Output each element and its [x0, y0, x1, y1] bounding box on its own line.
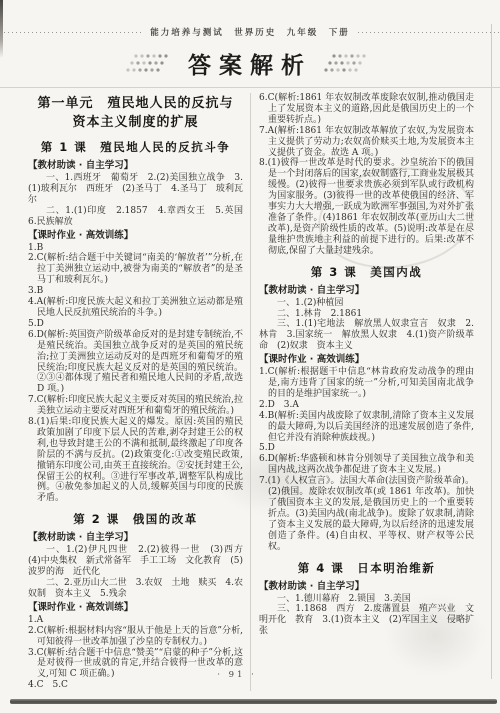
lesson-heading: 第 2 课 俄国的改革	[28, 511, 243, 527]
answer-paragraph: 7.C(解析:印度民族大起义主要反对英国的殖民统治,拉美独立运动主要反对西班牙和…	[28, 395, 243, 417]
section-heading: 【教材助读 · 自主学习】	[28, 531, 243, 544]
answer-line: 5.D	[28, 319, 243, 330]
book-title: 能力培养与测试 世界历史 九年级 下册	[142, 26, 358, 38]
answer-paragraph: 2.C(解析:根据材料内容“服从于他是上天的旨意”分析,可知彼得一世改革加强了沙…	[28, 626, 243, 648]
section-heading: 【课时作业 · 高效训练】	[259, 353, 474, 366]
answer-paragraph: 三、1.(1)宅地法 解放黑人奴隶宣言 奴隶 2.林肯 3.国家统一 解放黑人奴…	[259, 319, 474, 352]
scan-edge-shadow-bottom	[10, 699, 497, 704]
page-title: 答案解析	[178, 47, 322, 80]
answer-paragraph: 4.B(解析:美国内战废除了奴隶制,清除了资本主义发展的最大障碍,为以后美国经济…	[259, 411, 474, 444]
lesson-heading: 第 3 课 美国内战	[259, 264, 474, 280]
answer-paragraph: 一、1.德川幕府 2.锁国 3.美国	[259, 594, 474, 605]
answer-line: 4.C 5.C	[28, 680, 243, 691]
answer-paragraph: 2.C(解析:结合题干中关键词“南美的‘解放者’”分析,在拉丁美洲独立运动中,被…	[28, 253, 243, 286]
dot-ornament-icon	[124, 50, 178, 76]
answer-paragraph: 6.C(解析:1861 年农奴制改革废除农奴制,推动俄国走上了发展资本主义的道路…	[259, 93, 474, 126]
answer-paragraph: 6.D(解析:英国资产阶级革命反对的是封建专制统治,不是殖民统治。美国独立战争反…	[28, 330, 243, 395]
section-heading: 【课时作业 · 高效训练】	[28, 229, 243, 242]
answer-paragraph: 7.A(解析:1861 年农奴制改革解放了农奴,为发展资本主义提供了劳动力;农奴…	[259, 126, 474, 159]
title-divider	[0, 87, 500, 88]
lesson-heading: 第 4 课 日本明治维新	[259, 560, 474, 576]
unit-heading: 第一单元 殖民地人民的反抗与 资本主义制度的扩展	[28, 94, 243, 132]
answers-content: 第一单元 殖民地人民的反抗与 资本主义制度的扩展第 1 课 殖民地人民的反抗斗争…	[28, 93, 474, 691]
scan-edge-line-right	[491, 24, 492, 679]
left-column: 第一单元 殖民地人民的反抗与 资本主义制度的扩展第 1 课 殖民地人民的反抗斗争…	[28, 93, 250, 691]
answer-paragraph: 1.C(解析:根据题干中信息“林肯政府发动战争的理由是,南方违背了国家的统一”分…	[259, 367, 474, 400]
right-column: 6.C(解析:1861 年农奴制改革废除农奴制,推动俄国走上了发展资本主义的道路…	[250, 93, 474, 691]
answer-line: 1.A	[28, 615, 243, 626]
answer-paragraph: 三、1.1868 西方 2.废藩置县 殖产兴业 文明开化 教育 3.(1)资本主…	[259, 604, 474, 637]
answer-paragraph: 8.(1)后果:印度民族大起义的爆发。原因:英国的殖民政策加剧了印度下层人民的苦…	[28, 417, 243, 504]
answer-paragraph: 一、1.西班牙 葡萄牙 2.(2)美国独立战争 3.(1)玻利瓦尔 西班牙 (2…	[28, 173, 243, 206]
section-heading: 【教材助读 · 自主学习】	[259, 284, 474, 297]
running-head: 能力培养与测试 世界历史 九年级 下册	[0, 26, 500, 38]
answer-line: 3.B	[28, 286, 243, 297]
title-row: 答案解析	[0, 46, 500, 80]
answer-paragraph: 6.D(解析:华盛顿和林肯分别领导了美国独立战争和美国内战,这两次战争都促进了资…	[259, 454, 474, 476]
section-heading: 【课时作业 · 高效训练】	[28, 601, 243, 614]
page-number: · 91 ·	[0, 670, 474, 680]
section-heading: 【教材助读 · 自主学习】	[28, 159, 243, 172]
dotted-leader-left	[0, 32, 142, 33]
answer-paragraph: 二、1.(1)印度 2.1857 4.章西女王 5.英国 6.民族解放	[28, 206, 243, 228]
answer-line: 1.B	[28, 243, 243, 254]
answer-paragraph: 8.(1)彼得一世改革是时代的要求。沙皇统治下的俄国是一个封闭落后的国家,农奴制…	[259, 158, 474, 256]
answer-paragraph: 7.(1)《人权宣言》。法国大革命(法国资产阶级革命)。(2)俄国。废除农奴制改…	[259, 476, 474, 552]
answer-paragraph: 一、1.(2)伊凡四世 2.(2)彼得一世 (3)西方 (4)中央集权 新式常备…	[28, 545, 243, 578]
dot-ornament-icon	[322, 50, 376, 76]
answer-paragraph: 一、1.(2)种植园	[259, 298, 474, 309]
dotted-leader-right	[358, 32, 500, 33]
answer-line: 2.D 3.A	[259, 400, 474, 411]
answer-paragraph: 二、1.林肯 2.1861	[259, 309, 474, 320]
section-heading: 【教材助读 · 自主学习】	[259, 580, 474, 593]
lesson-heading: 第 1 课 殖民地人民的反抗斗争	[28, 139, 243, 155]
answer-line: 5.D	[259, 443, 474, 454]
answer-paragraph: 4.A(解析:印度民族大起义和拉丁美洲独立运动都是殖民地人民反抗殖民统治的斗争。…	[28, 297, 243, 319]
answer-paragraph: 二、2.亚历山大二世 3.农奴 土地 赎买 4.农奴制 资本主义 5.残余	[28, 578, 243, 600]
